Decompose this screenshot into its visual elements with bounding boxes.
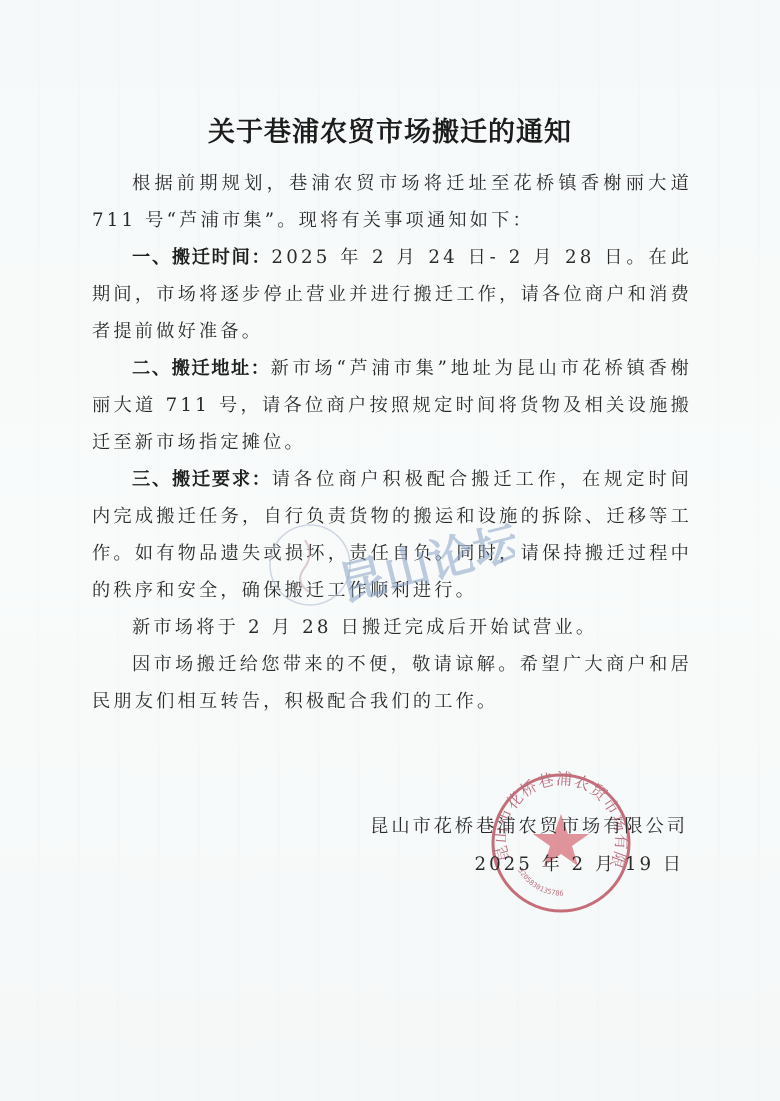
section-requirements: 三、搬迁要求：请各位商户积极配合搬迁工作，在规定时间内完成搬迁任务，自行负责货物…: [92, 461, 692, 609]
signature-block: 昆山市花桥巷浦农贸市场有限公司 2025 年 2 月 19 日: [370, 808, 688, 884]
section-address: 二、搬迁地址：新市场“芦浦市集”地址为昆山市花桥镇香榭丽大道 711 号，请各位…: [92, 350, 692, 461]
document-title: 关于巷浦农贸市场搬迁的通知: [0, 110, 780, 149]
intro-paragraph: 根据前期规划，巷浦农贸市场将迁址至花桥镇香榭丽大道 711 号“芦浦市集”。现将…: [92, 165, 692, 239]
section-heading: 一、搬迁时间：: [132, 247, 271, 268]
document-body: 根据前期规划，巷浦农贸市场将迁址至花桥镇香榭丽大道 711 号“芦浦市集”。现将…: [92, 165, 692, 720]
signature-date: 2025 年 2 月 19 日: [370, 846, 688, 884]
document-page: 关于巷浦农贸市场搬迁的通知 根据前期规划，巷浦农贸市场将迁址至花桥镇香榭丽大道 …: [0, 0, 780, 1101]
closing-paragraph-opening: 新市场将于 2 月 28 日搬迁完成后开始试营业。: [92, 609, 692, 646]
closing-paragraph-apology: 因市场搬迁给您带来的不便，敬请谅解。希望广大商户和居民朋友们相互转告，积极配合我…: [92, 646, 692, 720]
signature-organization: 昆山市花桥巷浦农贸市场有限公司: [370, 808, 688, 846]
section-time: 一、搬迁时间：2025 年 2 月 24 日- 2 月 28 日。在此期间，市场…: [92, 239, 692, 350]
section-heading: 二、搬迁地址：: [132, 358, 271, 379]
section-heading: 三、搬迁要求：: [132, 469, 272, 490]
